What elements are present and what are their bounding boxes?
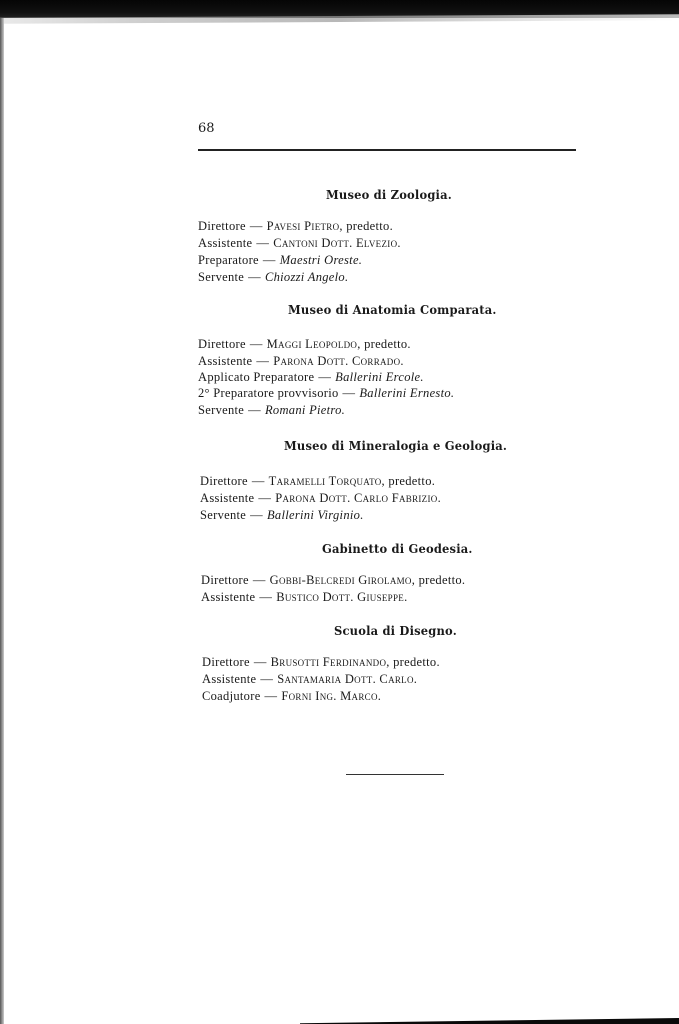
entry-name: Maggi Leopoldo	[267, 337, 358, 351]
entry-dash: —	[256, 354, 269, 368]
section-title-zoologia: Museo di Zoologia.	[326, 187, 452, 202]
entry-role: Assistente	[198, 354, 252, 368]
section-title-anatomia: Museo di Anatomia Comparata.	[288, 302, 497, 317]
entry-name: Ballerini Virginio.	[267, 508, 364, 522]
entry-role: Servente	[198, 403, 244, 417]
entry-suffix: , predetto.	[357, 337, 411, 351]
entry-role: Assistente	[201, 590, 255, 604]
entry-suffix: , predetto.	[339, 219, 393, 233]
entry-name: Maestri Oreste.	[280, 253, 363, 267]
end-rule	[346, 774, 444, 775]
entry-name: Forni Ing. Marco.	[281, 689, 381, 703]
scan-top-border	[0, 0, 679, 18]
entry-name: Parona Dott. Carlo Fabrizio.	[275, 491, 441, 505]
entry-row: Assistente—Parona Dott. Corrado.	[198, 354, 404, 369]
entry-name: Chiozzi Angelo.	[265, 270, 348, 284]
entry-name: Parona Dott. Corrado.	[273, 354, 404, 368]
entry-row: Direttore—Pavesi Pietro, predetto.	[198, 219, 393, 234]
entry-dash: —	[259, 590, 272, 604]
entry-dash: —	[253, 573, 266, 587]
entry-row: Assistente—Cantoni Dott. Elvezio.	[198, 236, 401, 251]
page-number: 68	[198, 121, 215, 136]
entry-row: Direttore—Taramelli Torquato, predetto.	[200, 474, 435, 489]
entry-name: Taramelli Torquato	[269, 474, 382, 488]
scan-left-edge	[0, 18, 4, 1024]
entry-row: Coadjutore—Forni Ing. Marco.	[202, 689, 381, 704]
entry-row: Preparatore—Maestri Oreste.	[198, 253, 362, 268]
scan-bottom-border	[300, 1018, 679, 1024]
entry-dash: —	[252, 474, 265, 488]
entry-role: Direttore	[198, 337, 246, 351]
entry-row: Direttore—Gobbi-Belcredi Girolamo, prede…	[201, 573, 465, 588]
entry-row: Servente—Chiozzi Angelo.	[198, 270, 348, 285]
entry-row: Assistente—Santamaria Dott. Carlo.	[202, 672, 417, 687]
entry-dash: —	[248, 270, 261, 284]
entry-role: Preparatore	[198, 253, 259, 267]
entry-dash: —	[263, 253, 276, 267]
entry-suffix: , predetto.	[386, 655, 440, 669]
section-title-mineralogia: Museo di Mineralogia e Geologia.	[284, 438, 507, 453]
entry-row: Servente—Ballerini Virginio.	[200, 508, 364, 523]
entry-dash: —	[250, 219, 263, 233]
entry-dash: —	[250, 337, 263, 351]
entry-name: Ballerini Ernesto.	[359, 386, 454, 400]
entry-role: Applicato Preparatore	[198, 370, 314, 384]
entry-name: Romani Pietro.	[265, 403, 345, 417]
entry-name: Gobbi-Belcredi Girolamo	[270, 573, 412, 587]
entry-name: Santamaria Dott. Carlo.	[277, 672, 417, 686]
entry-row: 2° Preparatore provvisorio—Ballerini Ern…	[198, 386, 454, 401]
entry-suffix: , predetto.	[382, 474, 436, 488]
entry-name: Pavesi Pietro	[267, 219, 340, 233]
entry-name: Brusotti Ferdinando	[271, 655, 387, 669]
entry-role: 2° Preparatore provvisorio	[198, 386, 339, 400]
entry-row: Applicato Preparatore—Ballerini Ercole.	[198, 370, 424, 385]
entry-role: Direttore	[202, 655, 250, 669]
entry-role: Direttore	[201, 573, 249, 587]
entry-dash: —	[256, 236, 269, 250]
entry-dash: —	[254, 655, 267, 669]
entry-role: Servente	[198, 270, 244, 284]
entry-dash: —	[318, 370, 331, 384]
header-rule	[198, 149, 576, 151]
entry-dash: —	[250, 508, 263, 522]
entry-role: Assistente	[202, 672, 256, 686]
entry-row: Assistente—Parona Dott. Carlo Fabrizio.	[200, 491, 441, 506]
entry-role: Assistente	[198, 236, 252, 250]
entry-role: Direttore	[198, 219, 246, 233]
entry-name: Ballerini Ercole.	[335, 370, 424, 384]
entry-role: Assistente	[200, 491, 254, 505]
entry-row: Assistente—Bustico Dott. Giuseppe.	[201, 590, 408, 605]
entry-row: Direttore—Brusotti Ferdinando, predetto.	[202, 655, 440, 670]
entry-name: Bustico Dott. Giuseppe.	[276, 590, 407, 604]
entry-role: Servente	[200, 508, 246, 522]
entry-dash: —	[260, 672, 273, 686]
entry-role: Direttore	[200, 474, 248, 488]
entry-suffix: , predetto.	[412, 573, 466, 587]
entry-dash: —	[343, 386, 356, 400]
entry-name: Cantoni Dott. Elvezio.	[273, 236, 401, 250]
entry-dash: —	[248, 403, 261, 417]
section-title-geodesia: Gabinetto di Geodesia.	[322, 541, 473, 556]
entry-dash: —	[258, 491, 271, 505]
entry-dash: —	[265, 689, 278, 703]
entry-row: Direttore—Maggi Leopoldo, predetto.	[198, 337, 411, 352]
section-title-disegno: Scuola di Disegno.	[334, 623, 457, 638]
entry-role: Coadjutore	[202, 689, 261, 703]
entry-row: Servente—Romani Pietro.	[198, 403, 345, 418]
